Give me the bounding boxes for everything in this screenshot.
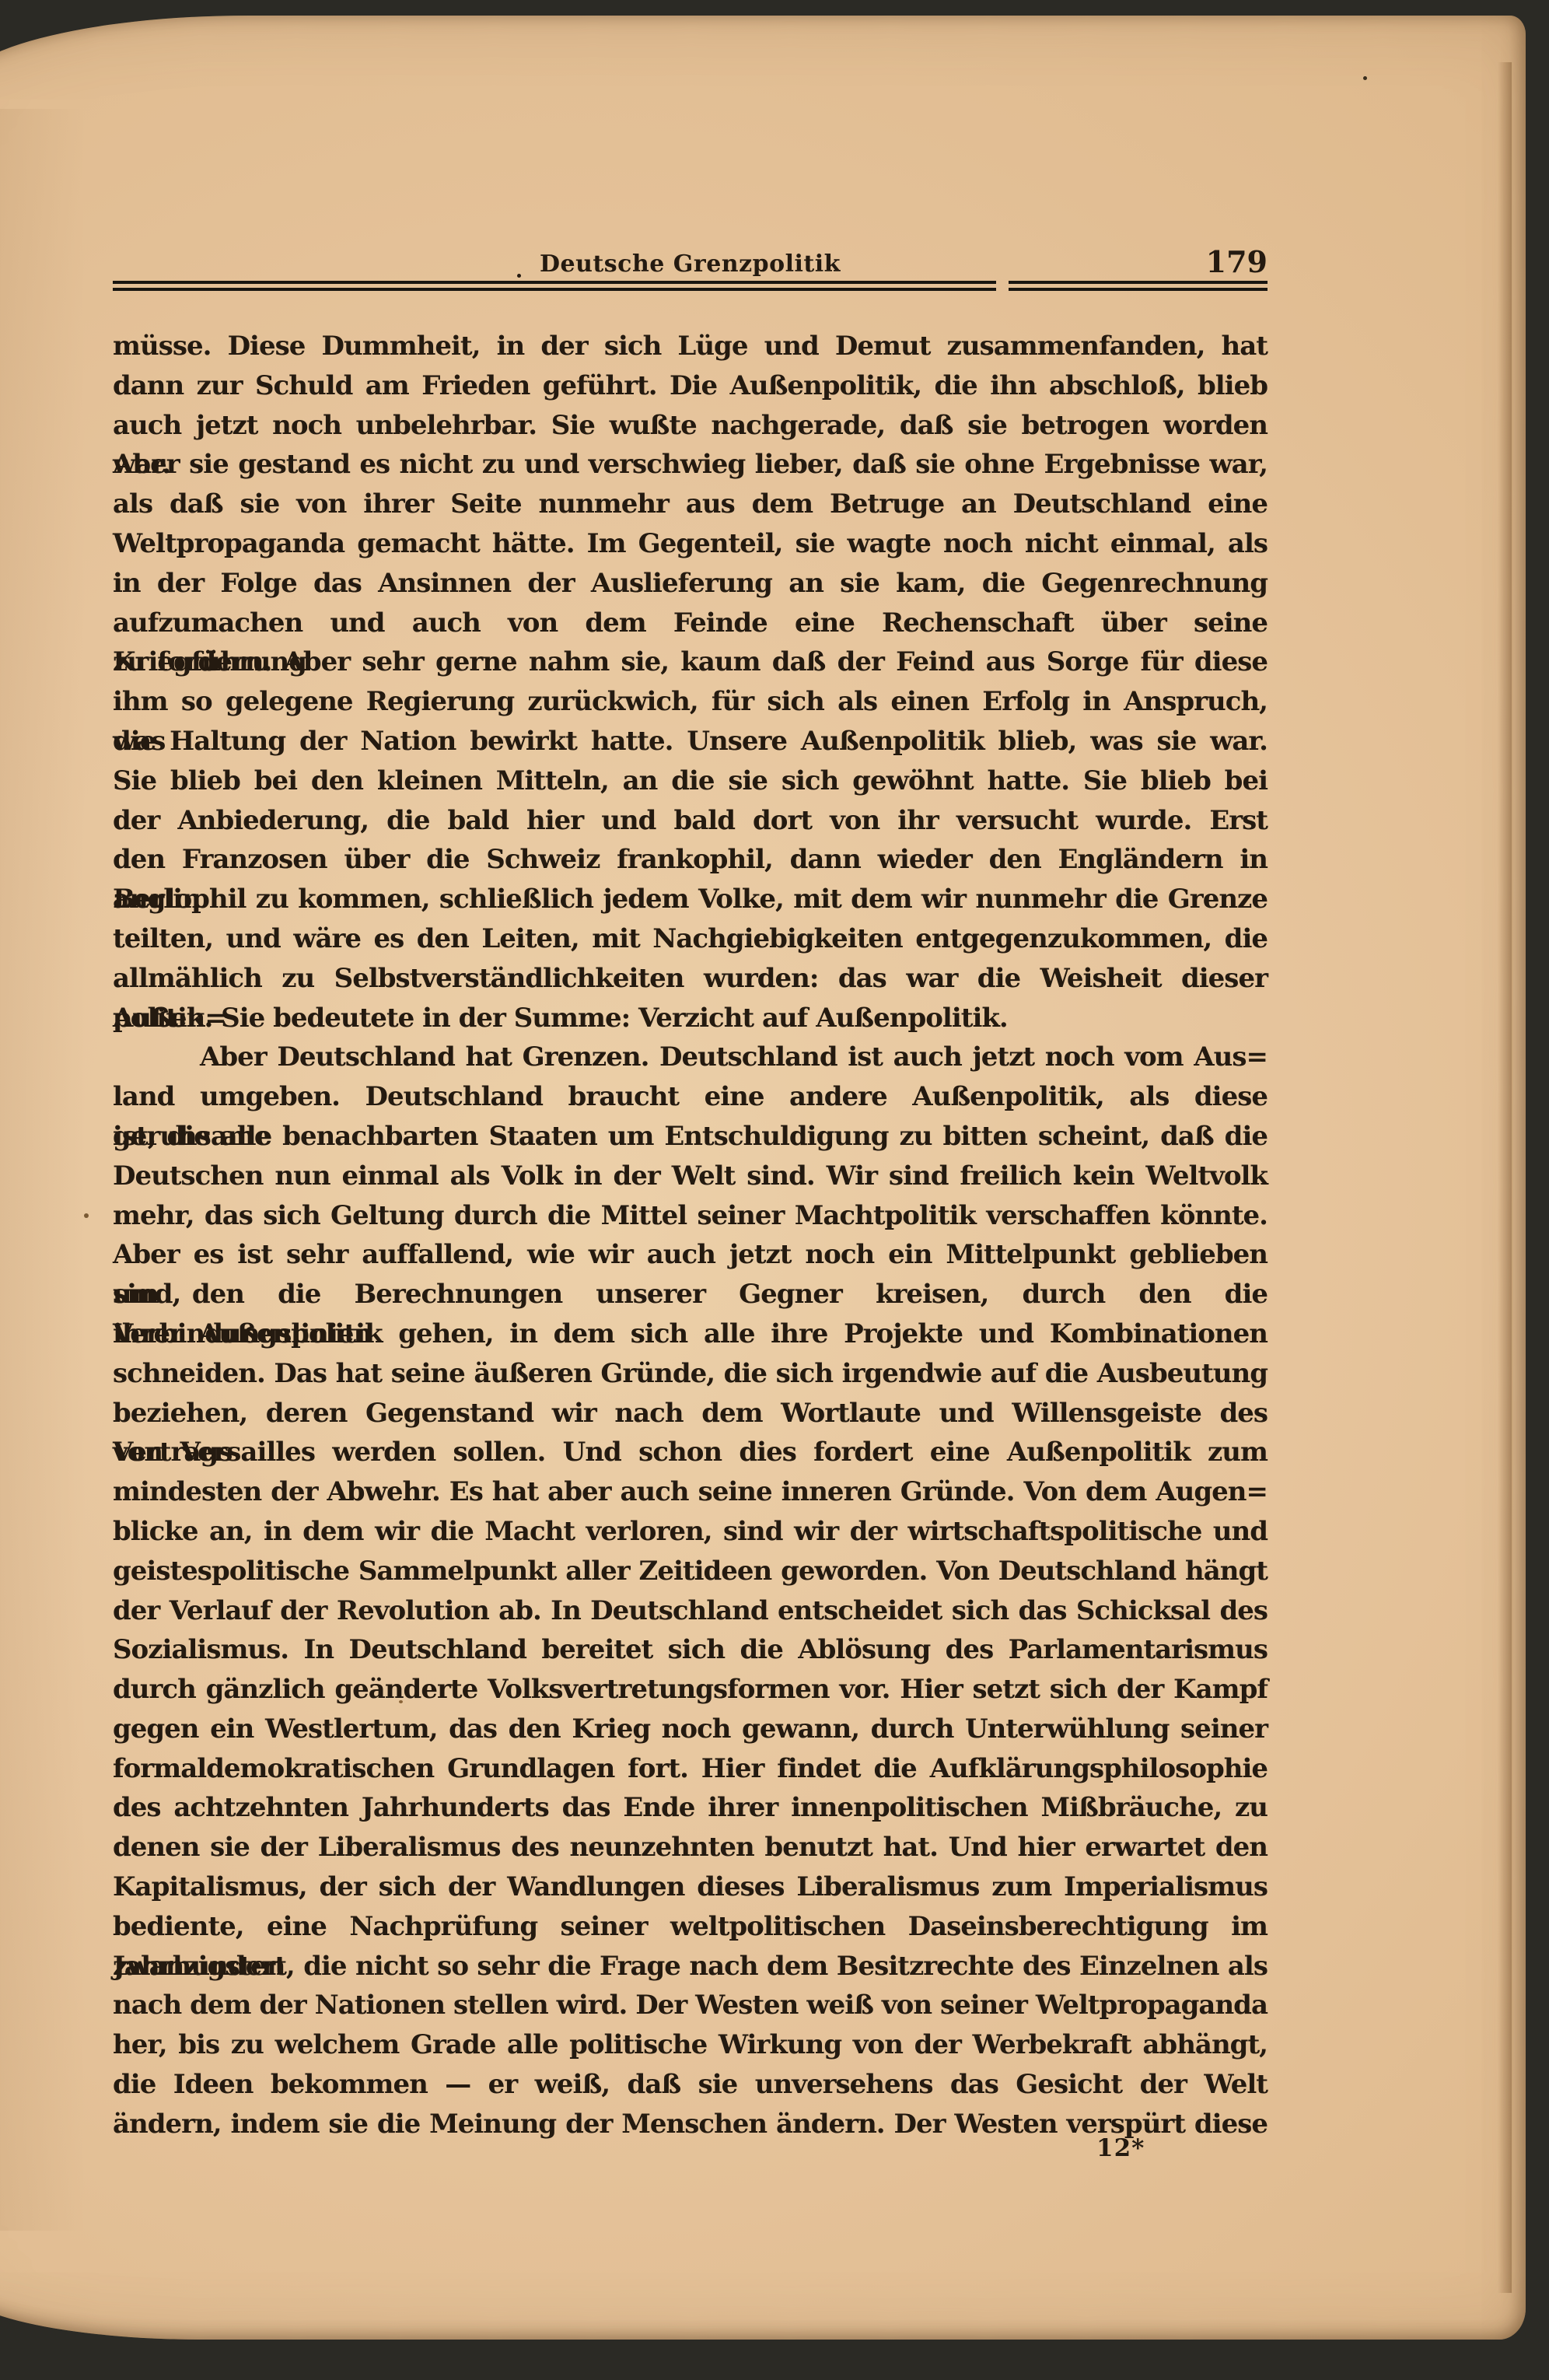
text-line: ihm so gelegene Regierung zurückwich, fü… (113, 682, 1268, 722)
text-line: bediente, eine Nachprüfung seiner weltpo… (113, 1907, 1268, 1947)
text-line: dann zur Schuld am Frieden geführt. Die … (113, 366, 1268, 406)
text-line: her, bis zu welchem Grade alle politisch… (113, 2025, 1268, 2065)
text-line: die Ideen bekommen — er weiß, daß sie un… (113, 2065, 1268, 2105)
text-line: als daß sie von ihrer Seite nunmehr aus … (113, 485, 1268, 524)
text-line: Aber sie gestand es nicht zu und verschw… (113, 445, 1268, 485)
text-line: Deutschen nun einmal als Volk in der Wel… (113, 1157, 1268, 1196)
running-header-title: Deutsche Grenzpolitik (113, 250, 1268, 278)
text-line: nach dem der Nationen stellen wird. Der … (113, 1986, 1268, 2025)
text-line: anglophil zu kommen, schließlich jedem V… (113, 880, 1268, 919)
scanned-book-page: Deutsche Grenzpolitik 179 müsse. Diese D… (0, 0, 1549, 2380)
text-line: schneiden. Das hat seine äußeren Gründe,… (113, 1354, 1268, 1394)
text-line: auch jetzt noch unbelehrbar. Sie wußte n… (113, 406, 1268, 446)
text-line: Kapitalismus, der sich der Wandlungen di… (113, 1867, 1268, 1907)
text-line: Jahrhundert, die nicht so sehr die Frage… (113, 1947, 1268, 1986)
text-line: ihrer Außenpolitik gehen, in dem sich al… (113, 1314, 1268, 1354)
sheet-signature-mark: 12* (1096, 2134, 1145, 2162)
text-line: denen sie der Liberalismus des neunzehnt… (113, 1828, 1268, 1867)
text-line: der Verlauf der Revolution ab. In Deutsc… (113, 1591, 1268, 1631)
text-line: beziehen, deren Gegenstand wir nach dem … (113, 1394, 1268, 1433)
text-line: land umgeben. Deutschland braucht eine a… (113, 1077, 1268, 1117)
text-line: von Versailles werden sollen. Und schon … (113, 1433, 1268, 1472)
header-rule-left-segment (113, 281, 996, 291)
page-content: Deutsche Grenzpolitik 179 müsse. Diese D… (113, 0, 1268, 2380)
paper-speck (84, 1213, 89, 1218)
text-line-paragraph-end: politik. Sie bedeutete in der Summe: Ver… (113, 999, 1268, 1038)
paper-speck (1363, 76, 1367, 80)
text-line: mehr, das sich Geltung durch die Mittel … (113, 1196, 1268, 1236)
text-line: Weltpropaganda gemacht hätte. Im Gegente… (113, 524, 1268, 564)
text-line: ändern, indem sie die Meinung der Mensch… (113, 2105, 1268, 2144)
text-line: der Anbiederung, die bald hier und bald … (113, 801, 1268, 841)
body-text-block: müsse. Diese Dummheit, in der sich Lüge … (113, 327, 1268, 2144)
text-line: durch gänzlich geänderte Volksvertretung… (113, 1670, 1268, 1710)
text-line: die Haltung der Nation bewirkt hatte. Un… (113, 722, 1268, 761)
text-line: formaldemokratischen Grundlagen fort. Hi… (113, 1749, 1268, 1789)
text-line: des achtzehnten Jahrhunderts das Ende ih… (113, 1788, 1268, 1828)
text-line: in der Folge das Ansinnen der Auslieferu… (113, 564, 1268, 604)
text-line: den Franzosen über die Schweiz frankophi… (113, 840, 1268, 880)
text-line: gegen ein Westlertum, das den Krieg noch… (113, 1710, 1268, 1749)
text-line: mindesten der Abwehr. Es hat aber auch s… (113, 1472, 1268, 1512)
text-line-paragraph-start: Aber Deutschland hat Grenzen. Deutschlan… (113, 1038, 1268, 1077)
text-line: zu fordern. Aber sehr gerne nahm sie, ka… (113, 642, 1268, 682)
header-rule-right-segment (1009, 281, 1268, 291)
text-line: müsse. Diese Dummheit, in der sich Lüge … (113, 327, 1268, 366)
text-line: blicke an, in dem wir die Macht verloren… (113, 1512, 1268, 1552)
text-line: Aber es ist sehr auffallend, wie wir auc… (113, 1235, 1268, 1275)
text-line: ist, die alle benachbarten Staaten um En… (113, 1117, 1268, 1157)
page-curvature-shading (0, 109, 86, 2231)
text-line: allmählich zu Selbstverständlichkeiten w… (113, 959, 1268, 999)
page-number: 179 (1206, 244, 1268, 279)
text-line: teilten, und wäre es den Leiten, mit Nac… (113, 919, 1268, 959)
header-rule (113, 281, 1268, 291)
page-stack-edge (1498, 62, 1513, 2293)
text-line: um den die Berechnungen unserer Gegner k… (113, 1275, 1268, 1314)
text-line: aufzumachen und auch von dem Feinde eine… (113, 604, 1268, 643)
text-line: Sozialismus. In Deutschland bereitet sic… (113, 1630, 1268, 1670)
text-line: geistespolitische Sammelpunkt aller Zeit… (113, 1552, 1268, 1591)
text-line: Sie blieb bei den kleinen Mitteln, an di… (113, 761, 1268, 801)
